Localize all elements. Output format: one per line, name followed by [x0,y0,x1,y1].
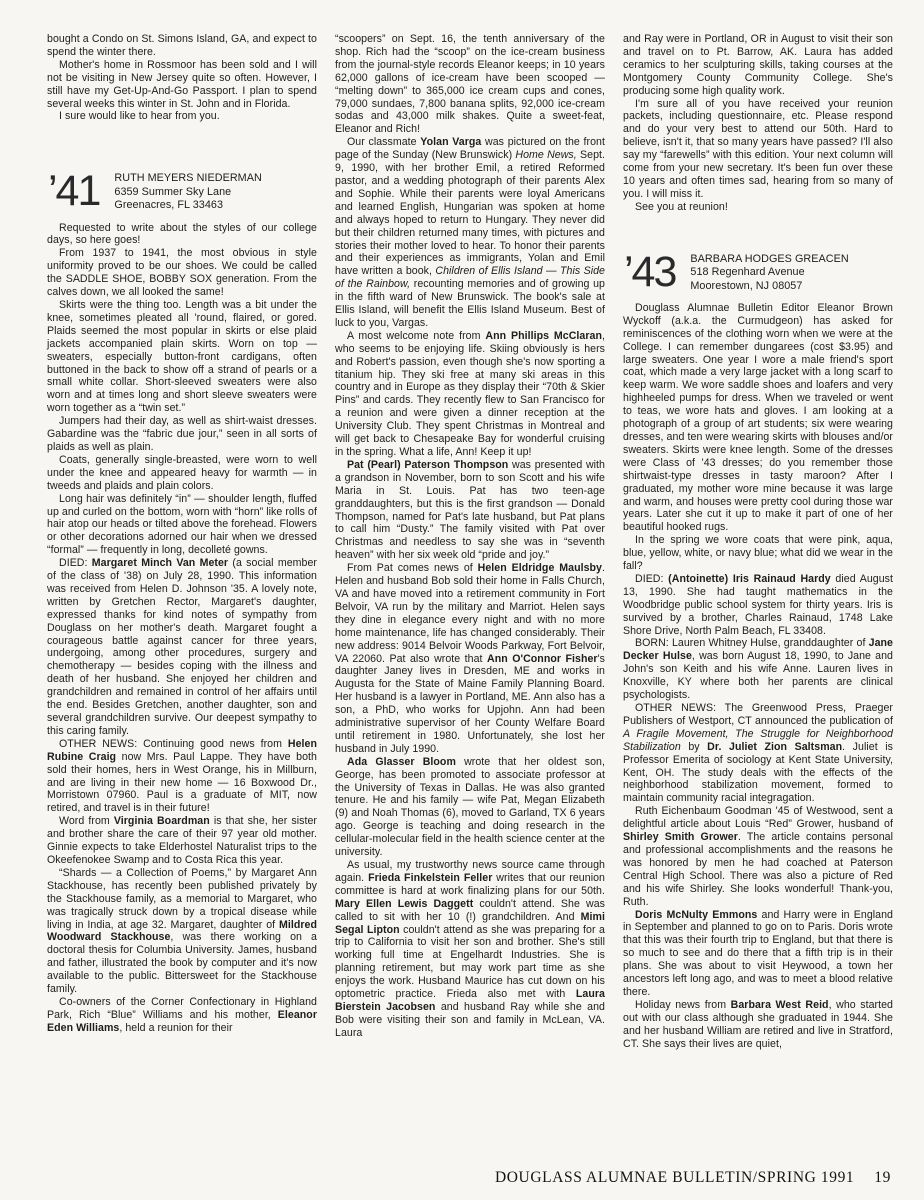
class-secretary-name: BARBARA HODGES GREACEN [690,253,848,265]
column-right: and Ray were in Portland, OR in August t… [623,33,893,1050]
paragraph: Skirts were the thing too. Length was a … [47,299,317,415]
paragraph: BORN: Lauren Whitney Hulse, granddaughte… [623,637,893,702]
class-secretary-address: RUTH MEYERS NIEDERMAN6359 Summer Sky Lan… [114,171,261,212]
column-middle: “scoopers” on Sept. 16, the tenth annive… [335,33,605,1050]
paragraph: and Ray were in Portland, OR in August t… [623,33,893,98]
paragraph: bought a Condo on St. Simons Island, GA,… [47,33,317,59]
paragraph: From 1937 to 1941, the most obvious in s… [47,247,317,299]
paragraph: DIED: Margaret Minch Van Meter (a social… [47,557,317,738]
class-year: ’41 [48,171,99,211]
paragraph: Ada Glasser Bloom wrote that her oldest … [335,756,605,859]
spacer [623,214,893,240]
paragraph: I sure would like to hear from you. [47,110,317,123]
page-footer: DOUGLASS ALUMNAE BULLETIN/SPRING 1991 19 [495,1169,891,1187]
class-note-header: ’43BARBARA HODGES GREACEN518 Regenhard A… [624,252,893,293]
page-number: 19 [874,1169,891,1187]
paragraph: “Shards — a Collection of Poems,” by Mar… [47,867,317,996]
paragraph: Co-owners of the Corner Confectionary in… [47,996,317,1035]
footer-title: DOUGLASS ALUMNAE BULLETIN/SPRING 1991 [495,1169,854,1187]
paragraph: Holiday news from Barbara West Reid, who… [623,999,893,1051]
column-container: bought a Condo on St. Simons Island, GA,… [47,33,893,1050]
paragraph: Pat (Pearl) Paterson Thompson was presen… [335,459,605,562]
paragraph: From Pat comes news of Helen Eldridge Ma… [335,562,605,756]
class-note-header: ’41RUTH MEYERS NIEDERMAN6359 Summer Sky … [48,171,317,212]
paragraph: Doris McNulty Emmons and Harry were in E… [623,909,893,999]
paragraph: Mother's home in Rossmoor has been sold … [47,59,317,111]
paragraph: A most welcome note from Ann Phillips Mc… [335,330,605,459]
paragraph: Coats, generally single-breasted, were w… [47,454,317,493]
paragraph: Jumpers had their day, as well as shirt-… [47,415,317,454]
paragraph: As usual, my trustworthy news source cam… [335,859,605,1040]
paragraph: Requested to write about the styles of o… [47,222,317,248]
paragraph: In the spring we wore coats that were pi… [623,534,893,573]
magazine-page: bought a Condo on St. Simons Island, GA,… [0,0,924,1200]
paragraph: Ruth Eichenbaum Goodman '45 of Westwood,… [623,805,893,908]
spacer [47,123,317,159]
class-secretary-address: BARBARA HODGES GREACEN518 Regenhard Aven… [690,252,848,293]
paragraph: “scoopers” on Sept. 16, the tenth annive… [335,33,605,136]
paragraph: See you at reunion! [623,201,893,214]
paragraph: Douglass Alumnae Bulletin Editor Eleanor… [623,302,893,534]
paragraph: DIED: (Antoinette) Iris Rainaud Hardy di… [623,573,893,638]
paragraph: OTHER NEWS: Continuing good news from He… [47,738,317,815]
class-year: ’43 [624,252,675,292]
paragraph: I'm sure all of you have received your r… [623,98,893,201]
paragraph: OTHER NEWS: The Greenwood Press, Praeger… [623,702,893,805]
class-secretary-name: RUTH MEYERS NIEDERMAN [114,172,261,184]
paragraph: Word from Virginia Boardman is that she,… [47,815,317,867]
column-left: bought a Condo on St. Simons Island, GA,… [47,33,317,1050]
paragraph: Long hair was definitely “in” — shoulder… [47,493,317,558]
paragraph: Our classmate Yolan Varga was pictured o… [335,136,605,330]
